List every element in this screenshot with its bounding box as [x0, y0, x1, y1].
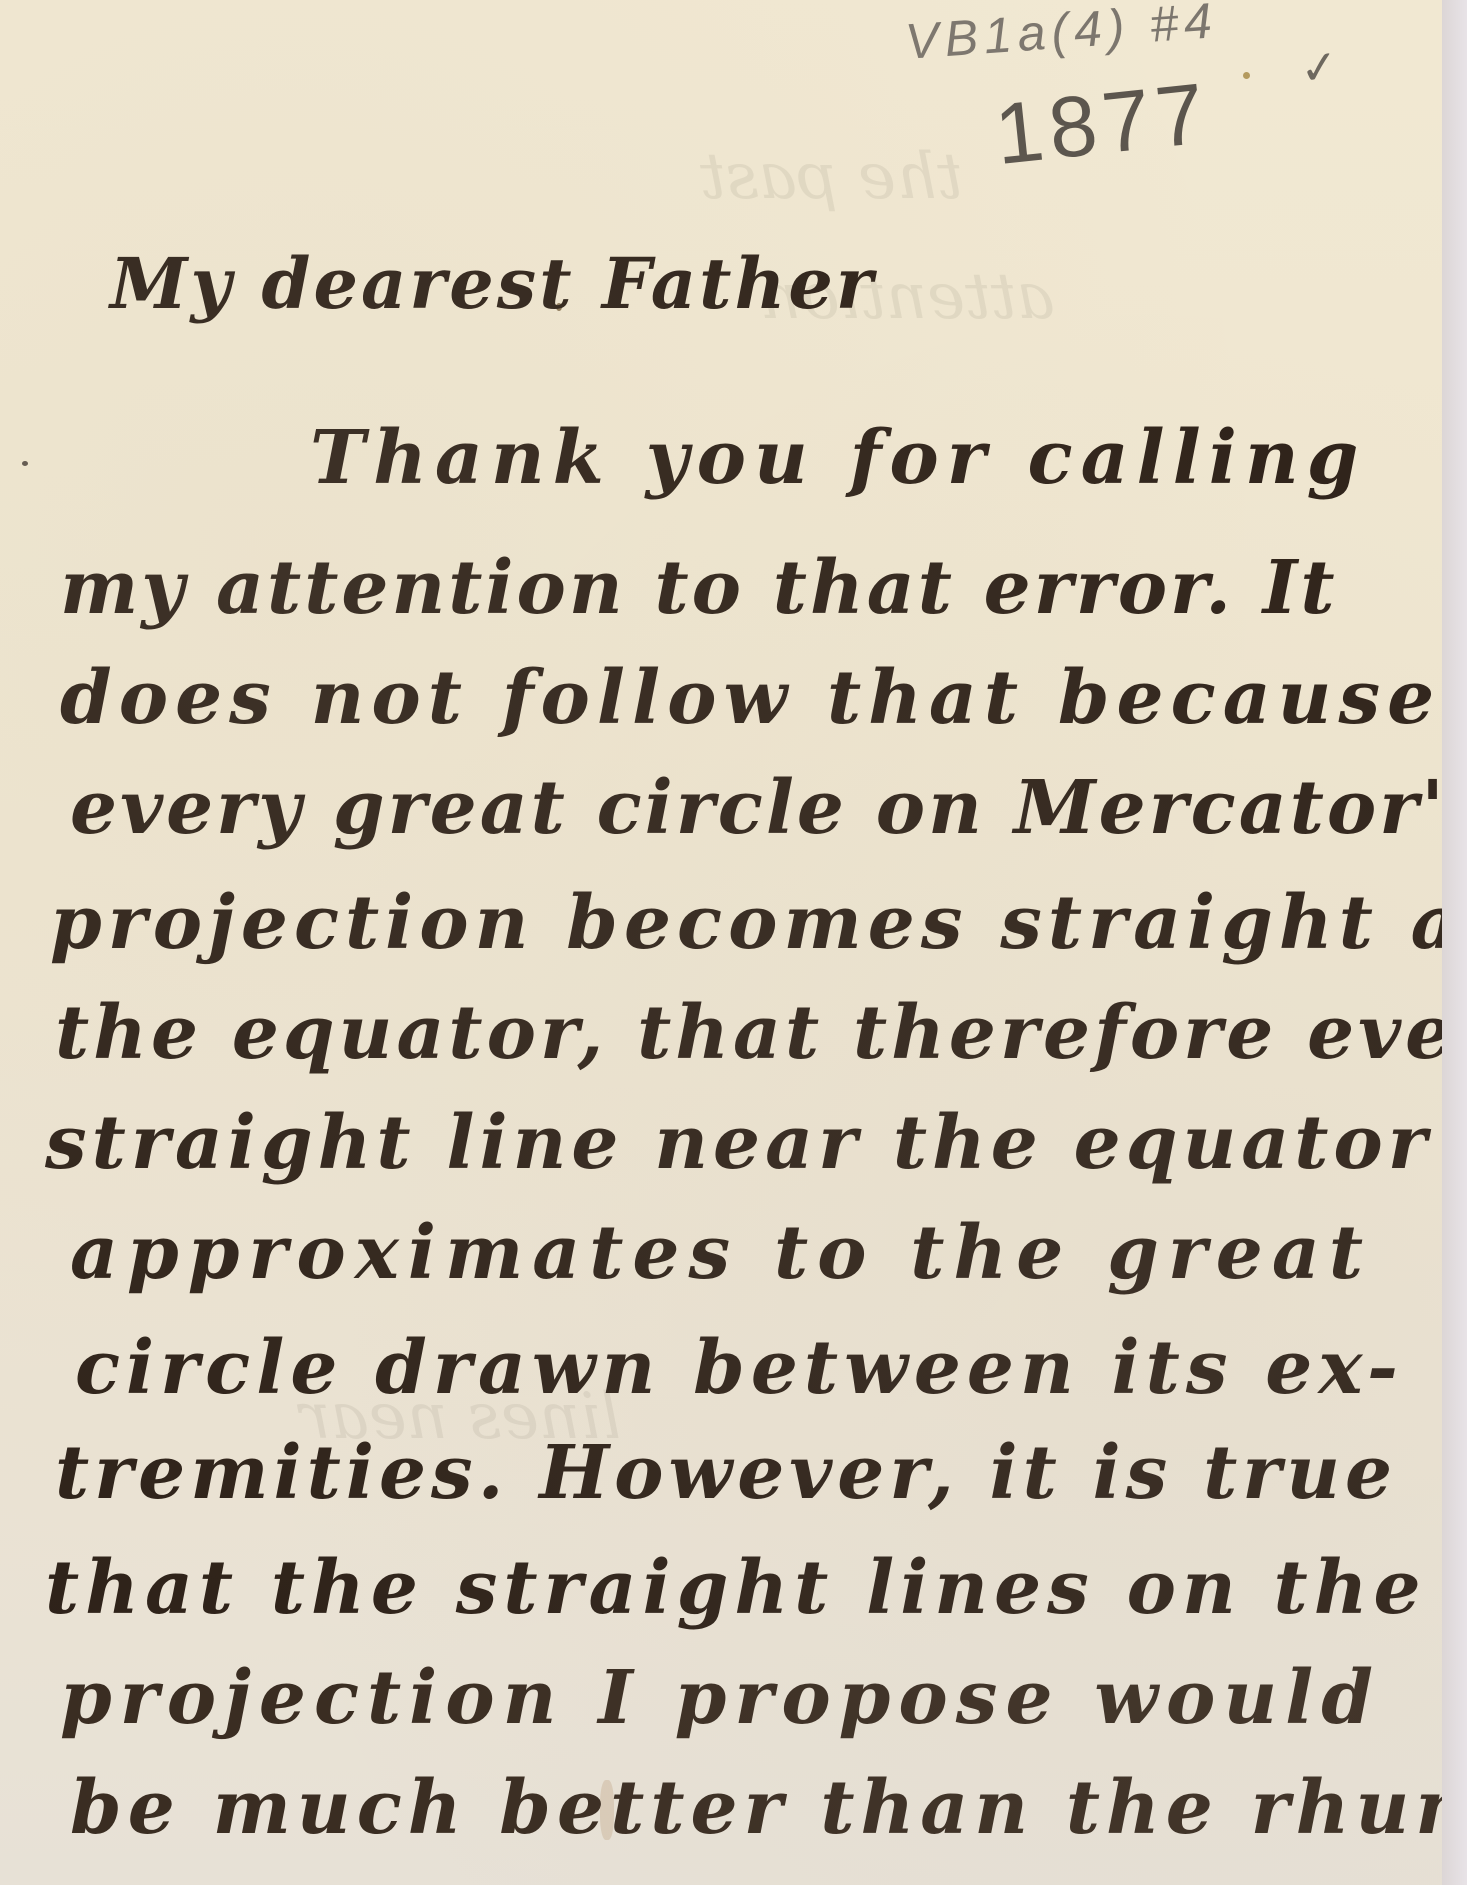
letter-page: the past attention lines near VB1a(4) #4… [0, 0, 1442, 1885]
letter-line-5: projection becomes straight at [50, 880, 1442, 966]
letter-line-4: every great circle on Mercator's [70, 765, 1442, 851]
letter-salutation: My dearest Father [110, 242, 876, 325]
letter-line-3: does not follow that because [60, 655, 1441, 741]
letter-line-8: approximates to the great [70, 1210, 1372, 1296]
archival-call-number: VB1a(4) #4 [903, 0, 1219, 71]
checkmark-icon: ✓ [1297, 38, 1347, 96]
letter-line-7: straight line near the equator [45, 1100, 1432, 1186]
letter-line-1: Thank you for calling [310, 415, 1366, 501]
ink-speck [22, 461, 28, 466]
ink-speck [1243, 72, 1250, 79]
letter-line-12: projection I propose would [60, 1655, 1381, 1741]
letter-line-2: my attention to that error. It [60, 545, 1338, 631]
letter-line-9: circle drawn between its ex- [75, 1325, 1404, 1411]
letter-line-13: be much better than the rhumb [70, 1765, 1442, 1851]
background-edge [1442, 0, 1467, 1885]
letter-line-10: tremities. However, it is true [55, 1430, 1397, 1516]
letter-line-6: the equator, that therefore every [55, 990, 1442, 1076]
letter-line-11: that the straight lines on the [45, 1545, 1427, 1631]
archival-year: 1877 [990, 64, 1214, 185]
bleed-through-text: the past [700, 140, 963, 214]
